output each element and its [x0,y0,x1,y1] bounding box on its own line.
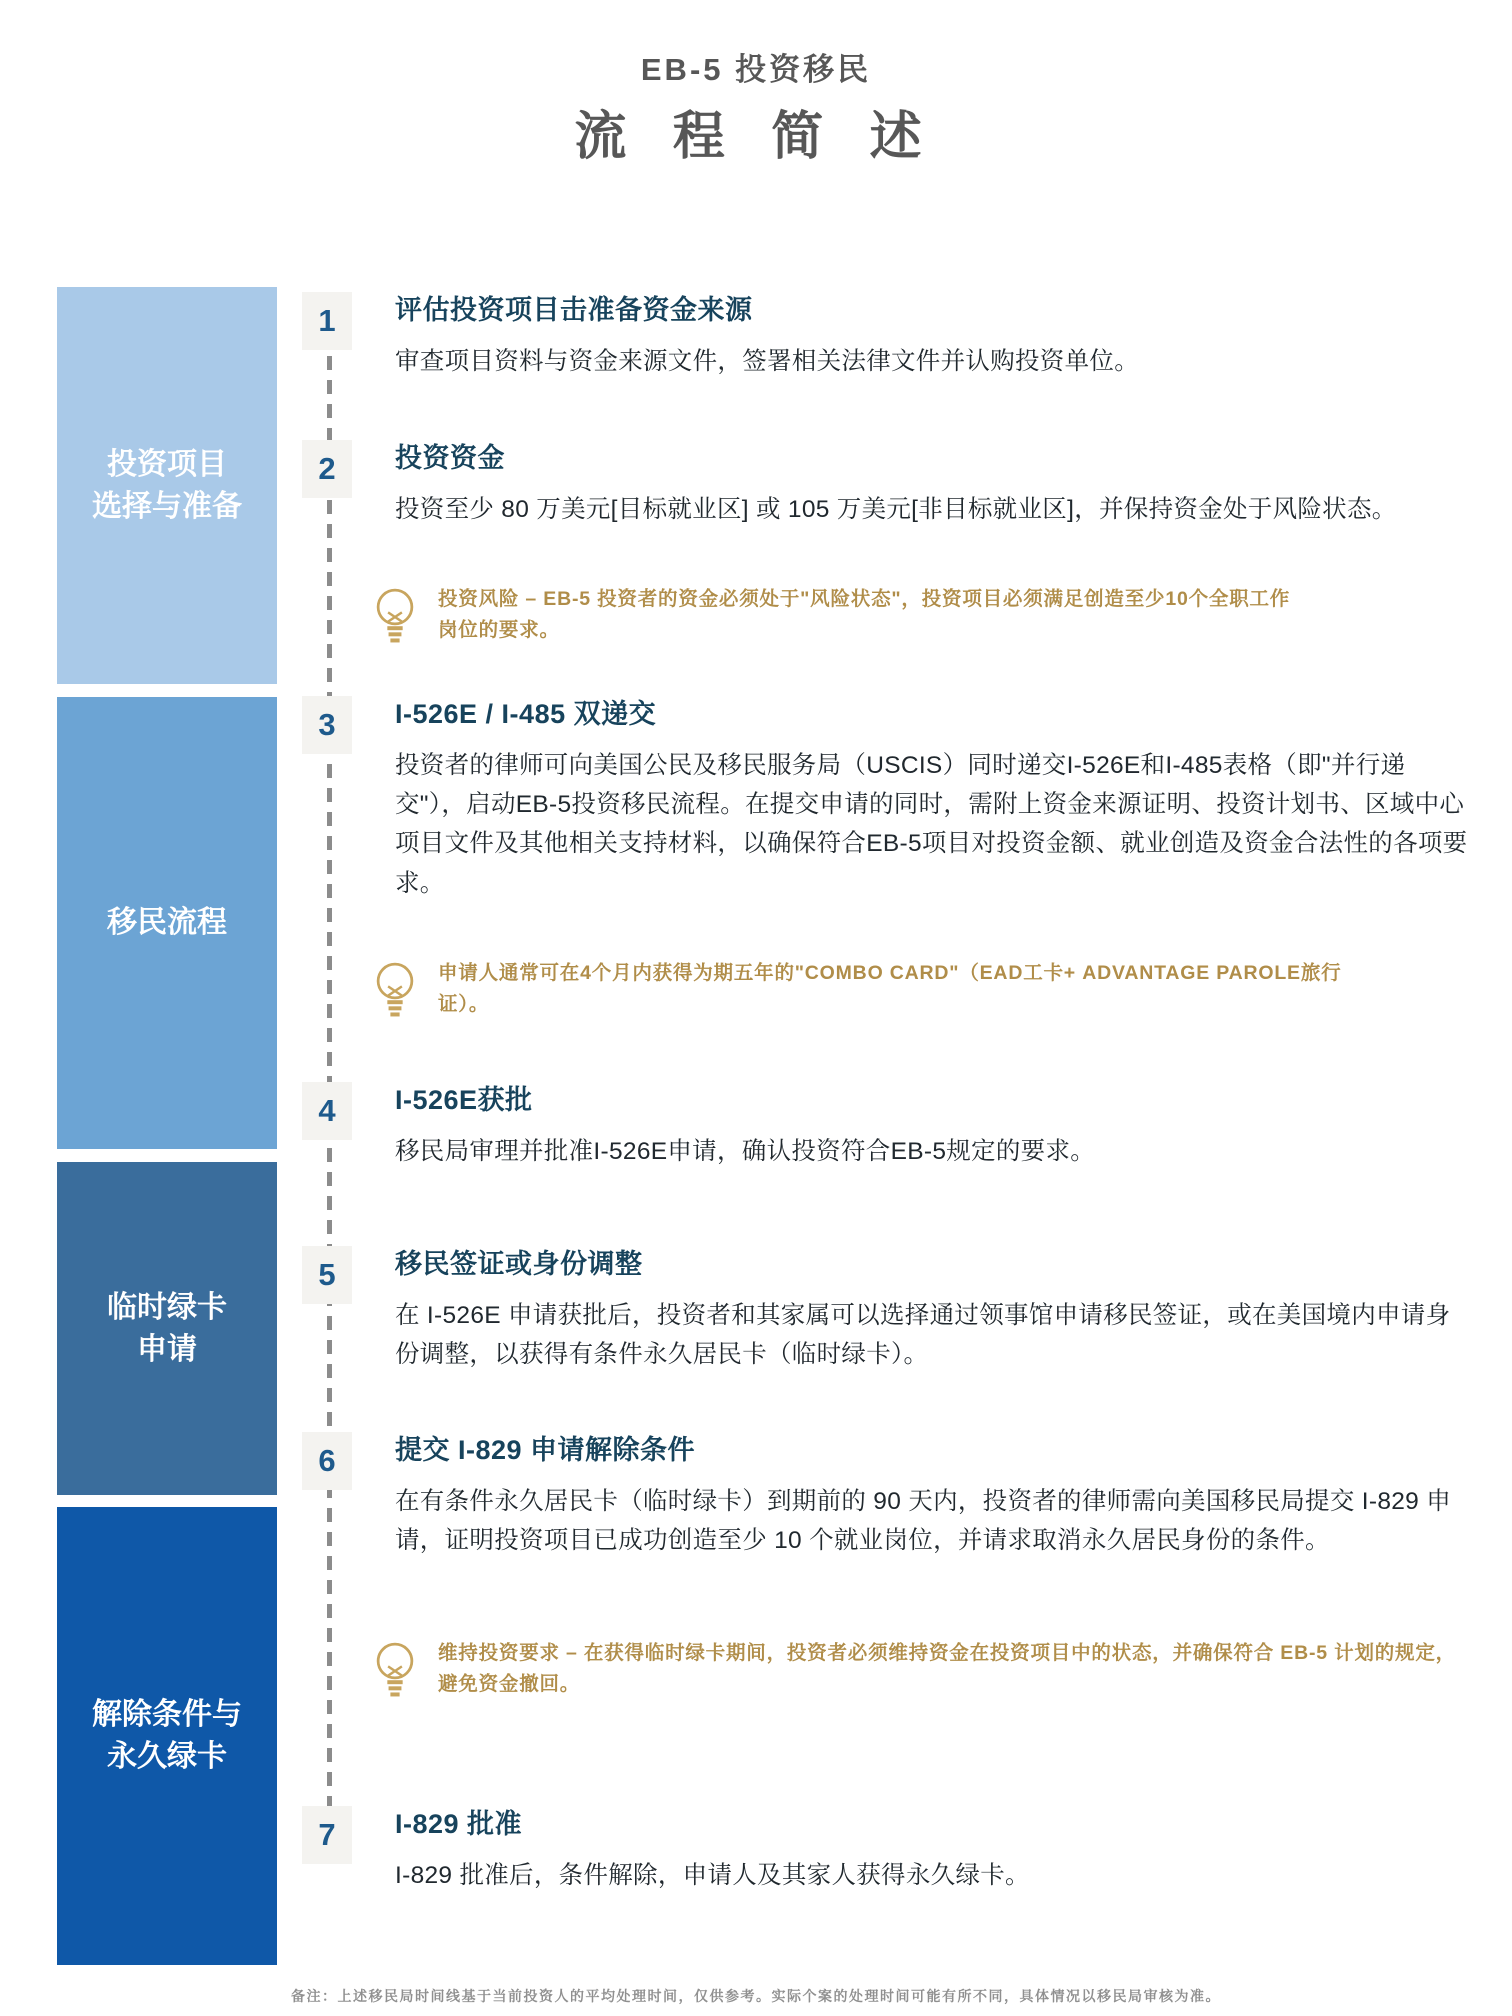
step-7-description: I-829 批准后，条件解除，申请人及其家人获得永久绿卡。 [395,1856,1470,1895]
step-3-number: 3 [302,696,352,754]
lightbulb-icon [372,1640,418,1702]
step-4-title: I-526E获批 [395,1078,1472,1117]
step-1-number: 1 [302,292,352,350]
step-3: 3 I-526E / I-485 双递交 投资者的律师可向美国公民及移民服务局（… [302,692,1472,903]
page-subtitle: EB-5 投资移民 [0,44,1512,89]
page-title: 流 程 简 述 [0,94,1512,169]
eb5-process-infographic: EB-5 投资移民 流 程 简 述 投资项目 选择与准备 移民流程 临时绿卡 申… [0,0,1512,2016]
footer-disclaimer: 备注：上述移民局时间线基于当前投资人的平均处理时间，仅供参考。实际个案的处理时间… [0,1986,1512,2006]
step-3-title: I-526E / I-485 双递交 [395,692,1472,731]
phase-block-investment-selection: 投资项目 选择与准备 [57,287,277,684]
step-6: 6 提交 I-829 申请解除条件 在有条件永久居民卡（临时绿卡）到期前的 90… [302,1428,1472,1560]
step-2-description: 投资至少 80 万美元[目标就业区] 或 105 万美元[非目标就业区]，并保持… [395,490,1470,529]
tip-maintain-investment-text: 维持投资要求 – 在获得临时绿卡期间，投资者必须维持资金在投资项目中的状态，并确… [438,1638,1458,1700]
tip-combo-card-text: 申请人通常可在4个月内获得为期五年的"COMBO CARD"（EAD工卡+ AD… [438,958,1378,1020]
step-4-number: 4 [302,1082,352,1140]
step-1-title: 评估投资项目击准备资金来源 [395,288,1472,327]
step-1-description: 审查项目资料与资金来源文件，签署相关法律文件并认购投资单位。 [395,342,1470,381]
tip-investment-risk-text: 投资风险 – EB-5 投资者的资金必须处于"风险状态"，投资项目必须满足创造至… [438,584,1308,646]
phase-block-temporary-green-card: 临时绿卡 申请 [57,1162,277,1495]
tip-maintain-investment: 维持投资要求 – 在获得临时绿卡期间，投资者必须维持资金在投资项目中的状态，并确… [372,1638,1458,1702]
lightbulb-icon [372,960,418,1022]
step-6-number: 6 [302,1432,352,1490]
phase-block-immigration-process: 移民流程 [57,697,277,1149]
step-5-description: 在 I-526E 申请获批后，投资者和其家属可以选择通过领事馆申请移民签证，或在… [395,1296,1470,1374]
step-2-title: 投资资金 [395,436,1472,475]
step-5-title: 移民签证或身份调整 [395,1242,1472,1281]
step-1: 1 评估投资项目击准备资金来源 审查项目资料与资金来源文件，签署相关法律文件并认… [302,288,1472,381]
step-5-number: 5 [302,1246,352,1304]
step-7-title: I-829 批准 [395,1802,1472,1841]
phase-block-permanent-green-card: 解除条件与 永久绿卡 [57,1507,277,1965]
step-7-number: 7 [302,1806,352,1864]
step-3-description: 投资者的律师可向美国公民及移民服务局（USCIS）同时递交I-526E和I-48… [395,746,1470,903]
step-4-description: 移民局审理并批准I-526E申请，确认投资符合EB-5规定的要求。 [395,1132,1470,1171]
tip-combo-card: 申请人通常可在4个月内获得为期五年的"COMBO CARD"（EAD工卡+ AD… [372,958,1378,1022]
step-6-title: 提交 I-829 申请解除条件 [395,1428,1472,1467]
step-5: 5 移民签证或身份调整 在 I-526E 申请获批后，投资者和其家属可以选择通过… [302,1242,1472,1374]
step-6-description: 在有条件永久居民卡（临时绿卡）到期前的 90 天内，投资者的律师需向美国移民局提… [395,1482,1470,1560]
tip-investment-risk: 投资风险 – EB-5 投资者的资金必须处于"风险状态"，投资项目必须满足创造至… [372,584,1308,648]
step-2: 2 投资资金 投资至少 80 万美元[目标就业区] 或 105 万美元[非目标就… [302,436,1472,529]
step-2-number: 2 [302,440,352,498]
step-7: 7 I-829 批准 I-829 批准后，条件解除，申请人及其家人获得永久绿卡。 [302,1802,1472,1895]
step-4: 4 I-526E获批 移民局审理并批准I-526E申请，确认投资符合EB-5规定… [302,1078,1472,1171]
lightbulb-icon [372,586,418,648]
